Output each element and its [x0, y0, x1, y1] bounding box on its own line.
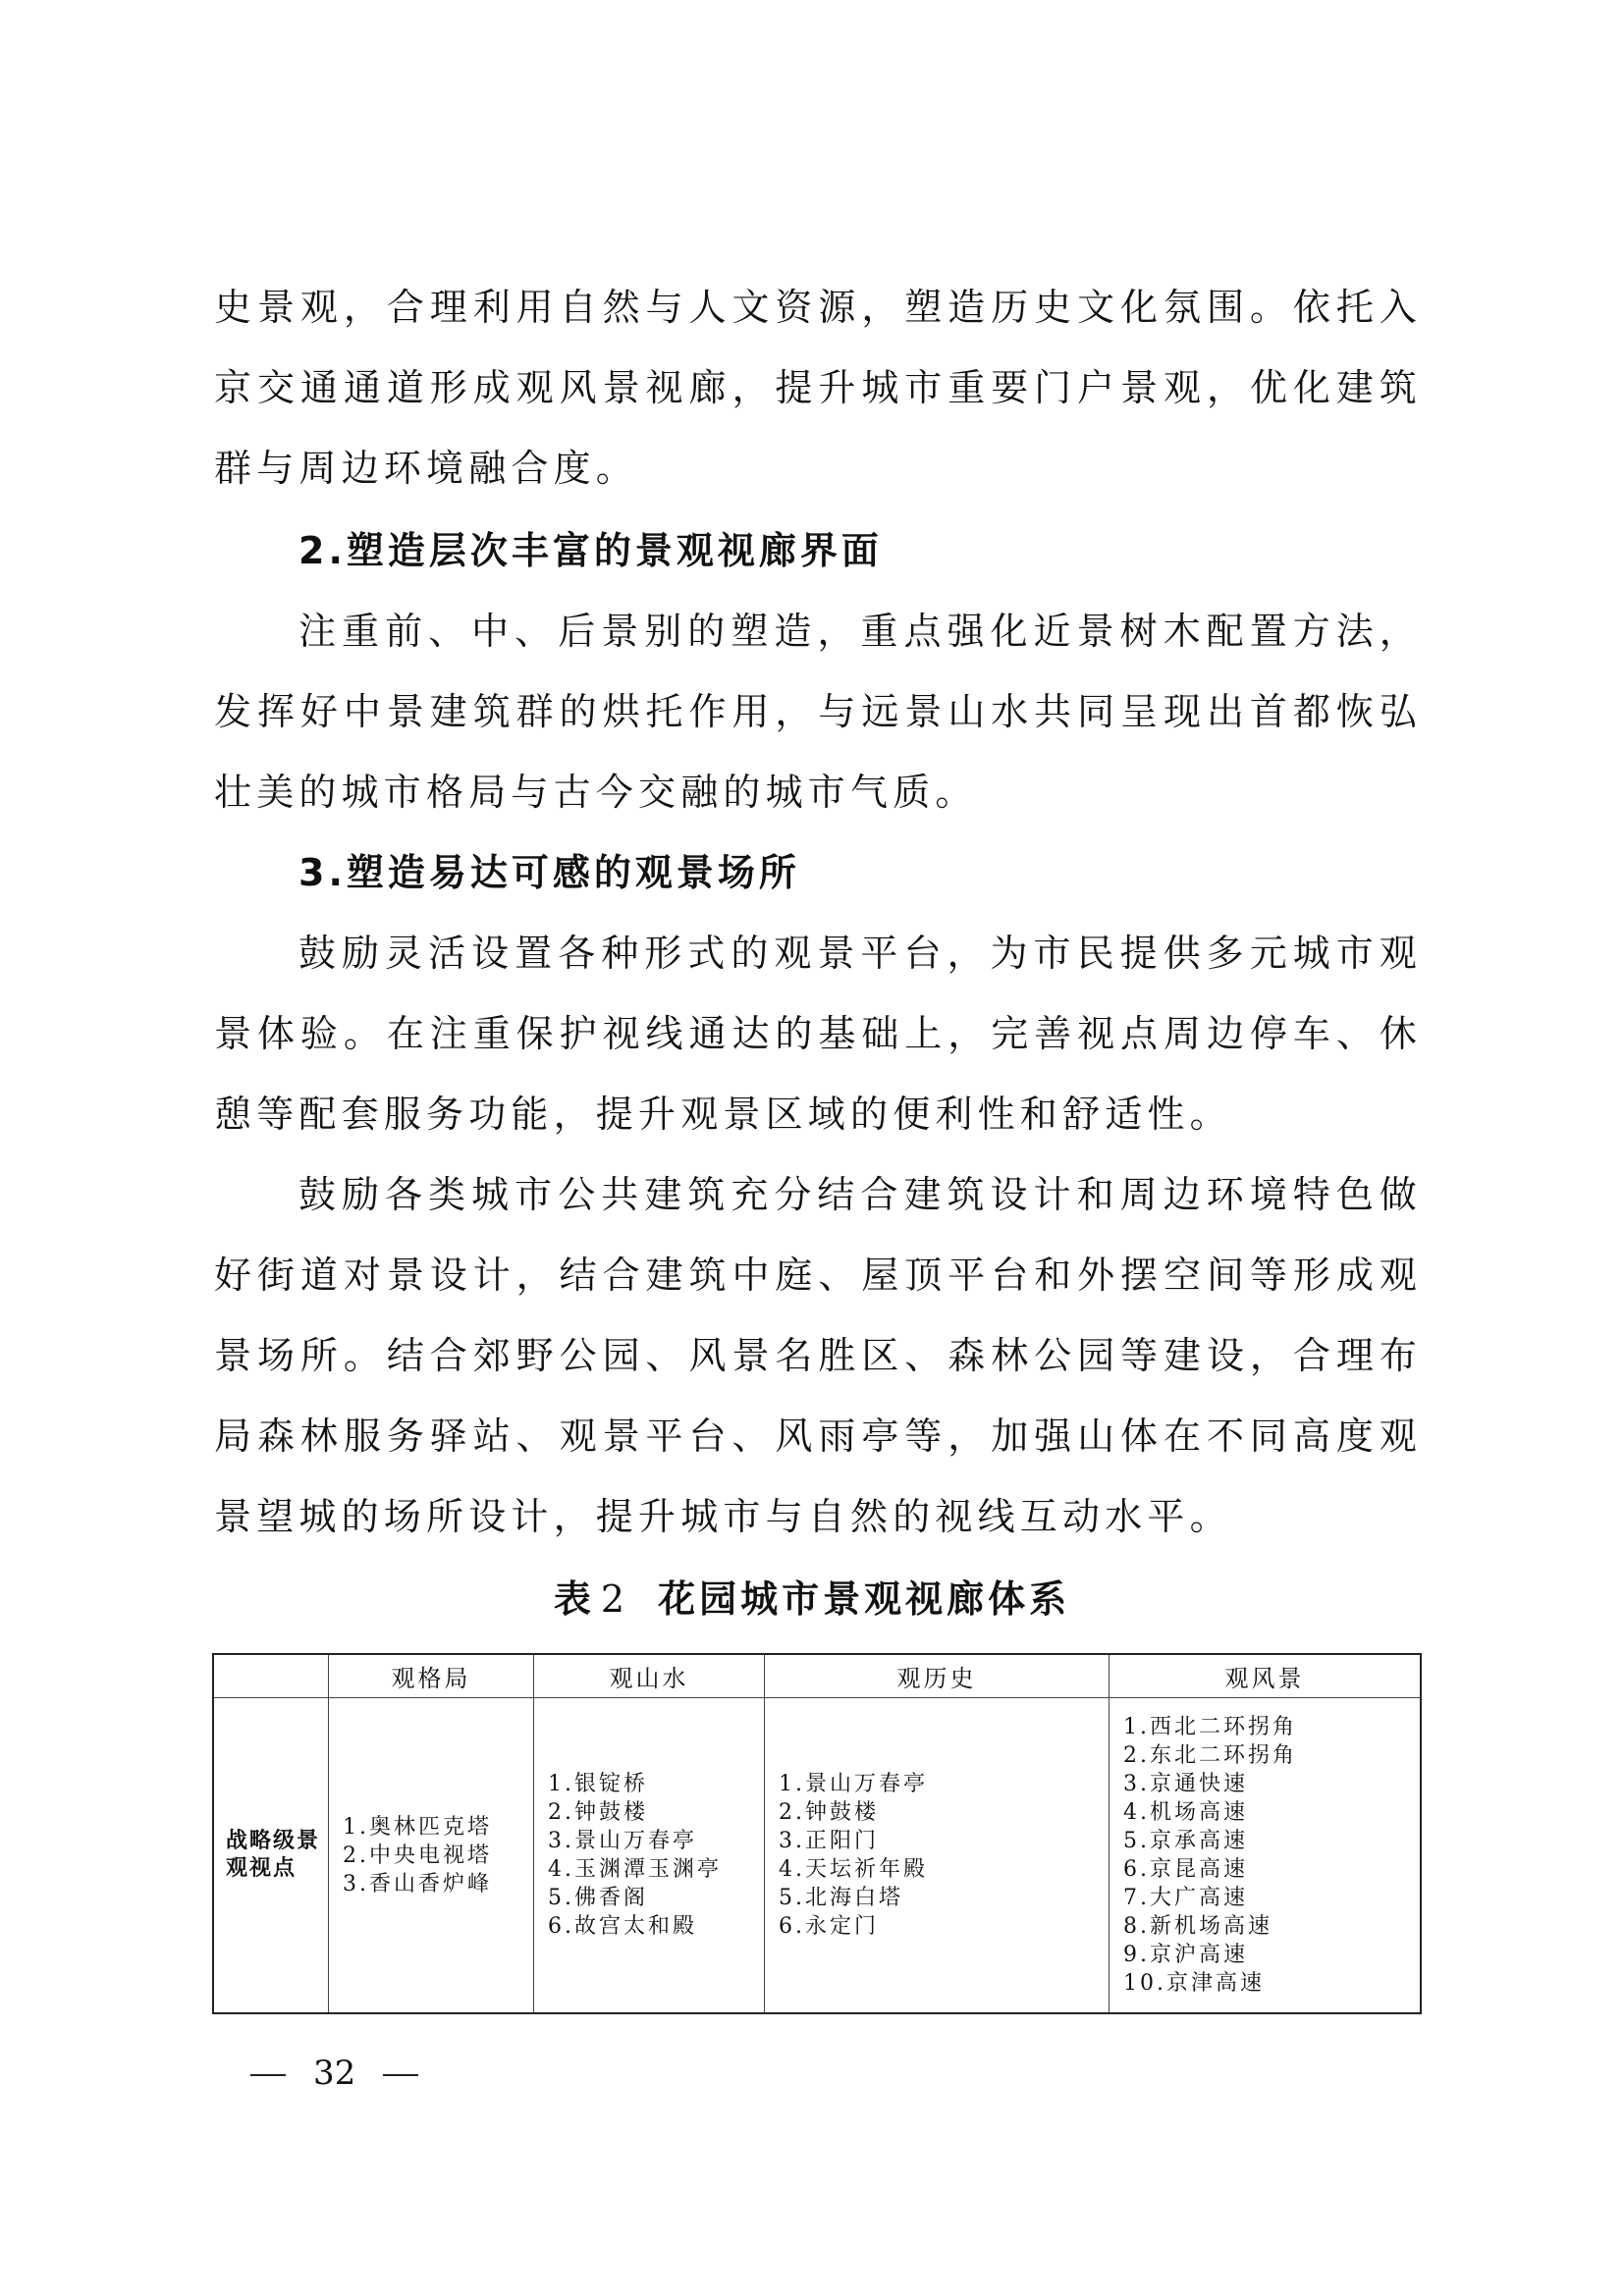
- list-item: 6.京昆高速: [1123, 1855, 1420, 1884]
- list-item: 4.机场高速: [1123, 1798, 1420, 1827]
- list-item: 3.正阳门: [779, 1827, 1109, 1855]
- landscape-corridor-table: 观格局 观山水 观历史 观风景 战略级景观视点 1.奥林匹克塔 2.中央电视塔 …: [212, 1653, 1422, 2014]
- page-number: 32: [313, 2054, 355, 2093]
- page-footer: 32: [250, 2054, 418, 2093]
- list-item: 3.景山万春亭: [548, 1827, 764, 1855]
- list-item: 5.北海白塔: [779, 1884, 1109, 1912]
- header-lishi: 观历史: [765, 1654, 1110, 1698]
- list-item: 7.大广高速: [1123, 1884, 1420, 1912]
- list-item: 10.京津高速: [1123, 1969, 1420, 1998]
- header-shanshui: 观山水: [534, 1654, 765, 1698]
- footer-dash-right: [383, 2074, 418, 2076]
- list-item: 4.天坛祈年殿: [779, 1855, 1109, 1884]
- cell-geju: 1.奥林匹克塔 2.中央电视塔 3.香山香炉峰: [329, 1698, 534, 2014]
- list-item: 1.景山万春亭: [779, 1770, 1109, 1798]
- paragraph-3: 鼓励灵活设置各种形式的观景平台，为市民提供多元城市观景体验。在注重保护视线通达的…: [214, 913, 1422, 1154]
- table-row: 战略级景观视点 1.奥林匹克塔 2.中央电视塔 3.香山香炉峰 1.银锭桥 2.…: [213, 1698, 1421, 2014]
- list-item: 2.钟鼓楼: [779, 1798, 1109, 1827]
- header-empty: [213, 1654, 329, 1698]
- document-page: 史景观，合理利用自然与人文资源，塑造历史文化氛围。依托入京交通通道形成观风景视廊…: [0, 0, 1624, 2296]
- list-item: 8.新机场高速: [1123, 1912, 1420, 1941]
- section-heading-3: 3.塑造易达可感的观景场所: [298, 832, 800, 913]
- list-item: 2.东北二环拐角: [1123, 1741, 1420, 1770]
- row-label: 战略级景观视点: [213, 1698, 329, 2014]
- table-title-number: 2: [601, 1577, 628, 1621]
- list-item: 1.西北二环拐角: [1123, 1713, 1420, 1741]
- list-item: 9.京沪高速: [1123, 1941, 1420, 1969]
- list-item: 1.银锭桥: [548, 1770, 764, 1798]
- list-item: 5.佛香阁: [548, 1884, 764, 1912]
- list-item: 3.香山香炉峰: [343, 1870, 533, 1898]
- list-item: 6.永定门: [779, 1912, 1109, 1941]
- table-header-row: 观格局 观山水 观历史 观风景: [213, 1654, 1421, 1698]
- list-item: 2.钟鼓楼: [548, 1798, 764, 1827]
- header-fengjing: 观风景: [1110, 1654, 1422, 1698]
- list-item: 3.京通快速: [1123, 1770, 1420, 1798]
- list-item: 2.中央电视塔: [343, 1842, 533, 1870]
- table-title-text: 花园城市景观视廊体系: [658, 1577, 1070, 1621]
- list-item: 4.玉渊潭玉渊亭: [548, 1855, 764, 1884]
- cell-shanshui: 1.银锭桥 2.钟鼓楼 3.景山万春亭 4.玉渊潭玉渊亭 5.佛香阁 6.故宫太…: [534, 1698, 765, 2014]
- paragraph-1: 史景观，合理利用自然与人文资源，塑造历史文化氛围。依托入京交通通道形成观风景视廊…: [214, 267, 1422, 508]
- list-item: 1.奥林匹克塔: [343, 1813, 533, 1842]
- header-geju: 观格局: [329, 1654, 534, 1698]
- list-item: 5.京承高速: [1123, 1827, 1420, 1855]
- cell-fengjing: 1.西北二环拐角 2.东北二环拐角 3.京通快速 4.机场高速 5.京承高速 6…: [1110, 1698, 1422, 2014]
- table-title-prefix: 表: [554, 1577, 595, 1621]
- paragraph-2: 注重前、中、后景别的塑造，重点强化近景树木配置方法，发挥好中景建筑群的烘托作用，…: [214, 591, 1422, 832]
- cell-lishi: 1.景山万春亭 2.钟鼓楼 3.正阳门 4.天坛祈年殿 5.北海白塔 6.永定门: [765, 1698, 1110, 2014]
- section-heading-2: 2.塑造层次丰富的景观视廊界面: [298, 510, 883, 591]
- paragraph-4: 鼓励各类城市公共建筑充分结合建筑设计和周边环境特色做好街道对景设计，结合建筑中庭…: [214, 1154, 1422, 1557]
- list-item: 6.故宫太和殿: [548, 1912, 764, 1941]
- footer-dash-left: [250, 2074, 286, 2076]
- table-title: 表2花园城市景观视廊体系: [0, 1569, 1624, 1623]
